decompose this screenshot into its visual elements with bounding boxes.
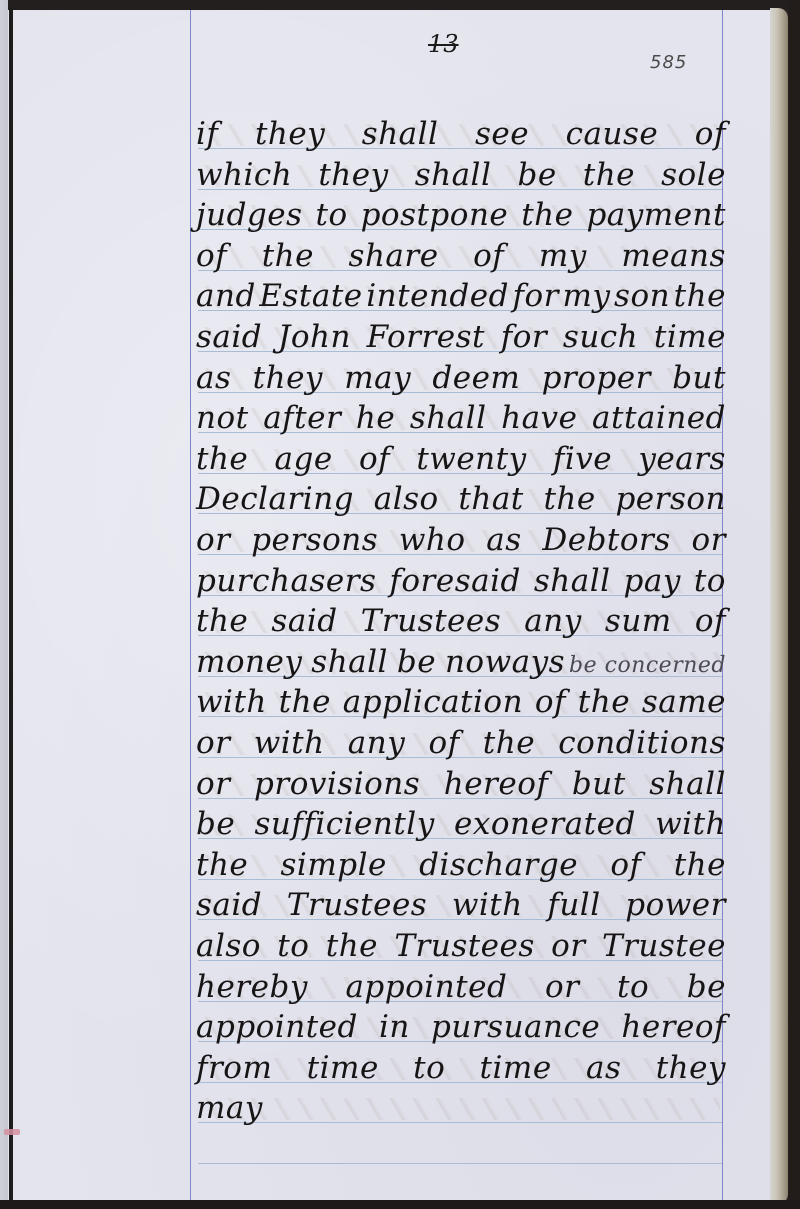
page-number: 13 (428, 30, 459, 58)
handwritten-word: John (278, 317, 351, 357)
handwritten-word: hereof (444, 764, 549, 804)
handwritten-word: cause (566, 114, 659, 154)
handwritten-word: purchasers (196, 561, 376, 601)
handwritten-word: which (196, 155, 292, 195)
text-line: saidJohnForrestforsuchtime (196, 317, 726, 357)
handwritten-word: judges (196, 195, 303, 235)
handwritten-word: time (480, 1048, 552, 1088)
text-line: astheymaydeemproperbut (196, 358, 726, 398)
handwritten-word: Debtors (542, 520, 670, 560)
text-line: fromtimetotimeasthey (196, 1048, 726, 1088)
text-line: orwithanyoftheconditions (196, 723, 726, 763)
handwritten-word: appointed (345, 967, 507, 1007)
text-line: notafterheshallhaveattained (196, 398, 726, 438)
handwritten-word: intended (366, 276, 509, 316)
handwritten-word: the (583, 155, 635, 195)
text-line: andEstateintendedformysonthe (196, 276, 726, 316)
handwritten-word: share (349, 236, 439, 276)
handwritten-word: age (275, 439, 333, 479)
book-bottom-edge (0, 1200, 800, 1209)
handwritten-word: person (615, 479, 726, 519)
handwritten-word: Trustees (394, 926, 534, 966)
handwritten-word: time (654, 317, 726, 357)
text-line: moneyshallbenowaysbe concerned (196, 642, 726, 686)
text-line: oftheshareofmymeans (196, 236, 726, 276)
handwritten-word: to (277, 926, 309, 966)
handwritten-word: hereby (196, 967, 308, 1007)
handwritten-word: or (196, 723, 230, 763)
handwritten-word: Trustee (602, 926, 726, 966)
handwritten-word: they (656, 1048, 726, 1088)
handwritten-word: appointed (196, 1007, 358, 1047)
handwritten-word: my (563, 276, 611, 316)
handwritten-word: and (196, 276, 256, 316)
handwritten-word: said (196, 885, 262, 925)
text-line: iftheyshallseecauseof (196, 114, 726, 154)
handwritten-word: as (586, 1048, 621, 1088)
handwritten-word: also (374, 479, 439, 519)
handwritten-word: said (196, 317, 262, 357)
handwritten-word: or (551, 926, 585, 966)
handwritten-word: of (695, 601, 726, 641)
text-line: besufficientlyexoneratedwith (196, 804, 726, 844)
handwritten-word: have (501, 398, 577, 438)
handwritten-word: shall (311, 642, 388, 686)
handwritten-word: payment (586, 195, 726, 235)
handwritten-word: noways (445, 642, 565, 682)
handwritten-word: years (638, 439, 726, 479)
handwritten-word: the (483, 723, 535, 763)
handwritten-word: proper (542, 358, 651, 398)
handwritten-word: pursuance (431, 1007, 600, 1047)
handwritten-word: they (318, 155, 388, 195)
handwritten-word: said (271, 601, 337, 641)
handwritten-word: shall (534, 561, 611, 601)
handwritten-word: the (521, 195, 573, 235)
text-line: herebyappointedortobe (196, 967, 726, 1007)
handwritten-word: see (475, 114, 529, 154)
handwritten-word: may (344, 358, 411, 398)
handwritten-word: Trustees (287, 885, 427, 925)
folio-number: 585 (650, 52, 687, 73)
handwritten-word: the (674, 845, 726, 885)
handwritten-word: the (196, 601, 248, 641)
handwritten-word: the (196, 439, 248, 479)
handwritten-word: but (672, 358, 726, 398)
handwritten-word: power (625, 885, 726, 925)
handwritten-word: or (196, 764, 230, 804)
manuscript-page-scan: 13 585 iftheyshallseecauseofwhichtheysha… (0, 0, 800, 1209)
handwritten-word: of (695, 114, 726, 154)
handwritten-word: five (553, 439, 612, 479)
book-cover-edge (788, 0, 800, 1209)
handwritten-word: attained (592, 398, 726, 438)
binding-strip (0, 0, 8, 1209)
handwritten-word: sole (661, 155, 726, 195)
handwritten-word: with (196, 682, 267, 722)
handwritten-word: to (315, 195, 347, 235)
left-margin-rule (190, 10, 191, 1200)
handwritten-word: sufficiently (255, 804, 435, 844)
interlinear-insertion: be concerned (569, 646, 726, 686)
text-line: thesaidTrusteesanysumof (196, 601, 726, 641)
handwritten-word: deem (432, 358, 520, 398)
text-line: may (196, 1088, 726, 1128)
handwritten-word: that (458, 479, 523, 519)
handwritten-word: Estate (259, 276, 362, 316)
handwritten-word: also (196, 926, 261, 966)
handwritten-word: hereof (621, 1007, 726, 1047)
handwritten-word: means (621, 236, 726, 276)
handwritten-word: Forrest (367, 317, 485, 357)
handwritten-word: Declaring (196, 479, 354, 519)
handwritten-word: of (359, 439, 390, 479)
text-line: whichtheyshallbethesole (196, 155, 726, 195)
handwritten-word: the (674, 276, 726, 316)
handwritten-word: conditions (558, 723, 726, 763)
handwritten-word: if (196, 114, 218, 154)
text-line: withtheapplicationofthesame (196, 682, 726, 722)
text-line: alsototheTrusteesorTrustee (196, 926, 726, 966)
handwritten-word: after (263, 398, 341, 438)
handwritten-word: as (486, 520, 521, 560)
handwritten-word: same (642, 682, 726, 722)
text-line: Declaringalsothattheperson (196, 479, 726, 519)
handwritten-word: shall (362, 114, 439, 154)
text-line: purchasersforesaidshallpayto (196, 561, 726, 601)
handwritten-word: of (535, 682, 566, 722)
handwritten-word: or (545, 967, 579, 1007)
text-line: theageoftwentyfiveyears (196, 439, 726, 479)
handwritten-word: he (356, 398, 395, 438)
handwritten-word: my (539, 236, 587, 276)
handwritten-word: full (547, 885, 600, 925)
text-line: judgestopostponethepayment (196, 195, 726, 235)
book-top-edge (0, 0, 800, 10)
handwritten-word: of (428, 723, 459, 763)
handwritten-word: of (196, 236, 227, 276)
page-edges (770, 8, 788, 1204)
handwritten-word: to (413, 1048, 445, 1088)
handwritten-word: be (517, 155, 556, 195)
handwritten-word: shall (649, 764, 726, 804)
handwritten-word: son (614, 276, 670, 316)
handwritten-word: for (501, 317, 547, 357)
handwritten-word: to (694, 561, 726, 601)
word-with-insertion: nowaysbe concerned (445, 642, 726, 686)
text-line: appointedinpursuancehereof (196, 1007, 726, 1047)
handwritten-word: the (262, 236, 314, 276)
handwritten-word: the (279, 682, 331, 722)
handwritten-word: exonerated (454, 804, 636, 844)
handwritten-word: foresaid (389, 561, 520, 601)
handwritten-word: with (254, 723, 325, 763)
handwritten-word: any (348, 723, 405, 763)
handwritten-word: money (196, 642, 302, 686)
handwritten-word: be (196, 804, 235, 844)
handwritten-word: as (196, 358, 231, 398)
text-line: saidTrusteeswithfullpower (196, 885, 726, 925)
text-line: orprovisionshereofbutshall (196, 764, 726, 804)
handwritten-word: application (343, 682, 523, 722)
handwritten-word: time (307, 1048, 379, 1088)
handwritten-word: they (255, 114, 325, 154)
handwritten-word: the (196, 845, 248, 885)
handwritten-word: they (253, 358, 323, 398)
handwritten-word: sum (605, 601, 672, 641)
handwritten-word: but (572, 764, 626, 804)
handwritten-word: any (524, 601, 581, 641)
handwritten-word: with (452, 885, 523, 925)
handwritten-word: or (692, 520, 726, 560)
handwritten-word: in (379, 1007, 410, 1047)
handwritten-word: for (513, 276, 559, 316)
handwritten-word: pay (624, 561, 681, 601)
text-line: orpersonswhoasDebtorsor (196, 520, 726, 560)
binding-gutter-line (9, 8, 13, 1204)
handwritten-word: of (610, 845, 641, 885)
ruled-line (198, 1163, 722, 1164)
handwritten-word: with (655, 804, 726, 844)
handwritten-word: the (326, 926, 378, 966)
handwritten-word: may (196, 1088, 263, 1128)
handwritten-word: to (617, 967, 649, 1007)
handwritten-word: the (578, 682, 630, 722)
handwritten-word: discharge (419, 845, 578, 885)
pink-tab-mark (4, 1129, 20, 1135)
handwritten-word: such (563, 317, 638, 357)
handwritten-word: persons (251, 520, 378, 560)
handwritten-word: who (399, 520, 466, 560)
handwritten-word: shall (410, 398, 487, 438)
handwritten-word: of (473, 236, 504, 276)
handwritten-word: twenty (416, 439, 526, 479)
handwritten-word: postpone (361, 195, 509, 235)
text-line: thesimpledischargeofthe (196, 845, 726, 885)
handwritten-word: be (397, 642, 436, 686)
handwritten-word: the (543, 479, 595, 519)
handwritten-word: not (196, 398, 249, 438)
handwritten-word: from (196, 1048, 272, 1088)
handwritten-word: provisions (254, 764, 420, 804)
handwritten-word: simple (281, 845, 387, 885)
handwritten-word: Trustees (361, 601, 501, 641)
handwritten-word: be (687, 967, 726, 1007)
handwritten-word: shall (415, 155, 492, 195)
handwritten-word: or (196, 520, 230, 560)
